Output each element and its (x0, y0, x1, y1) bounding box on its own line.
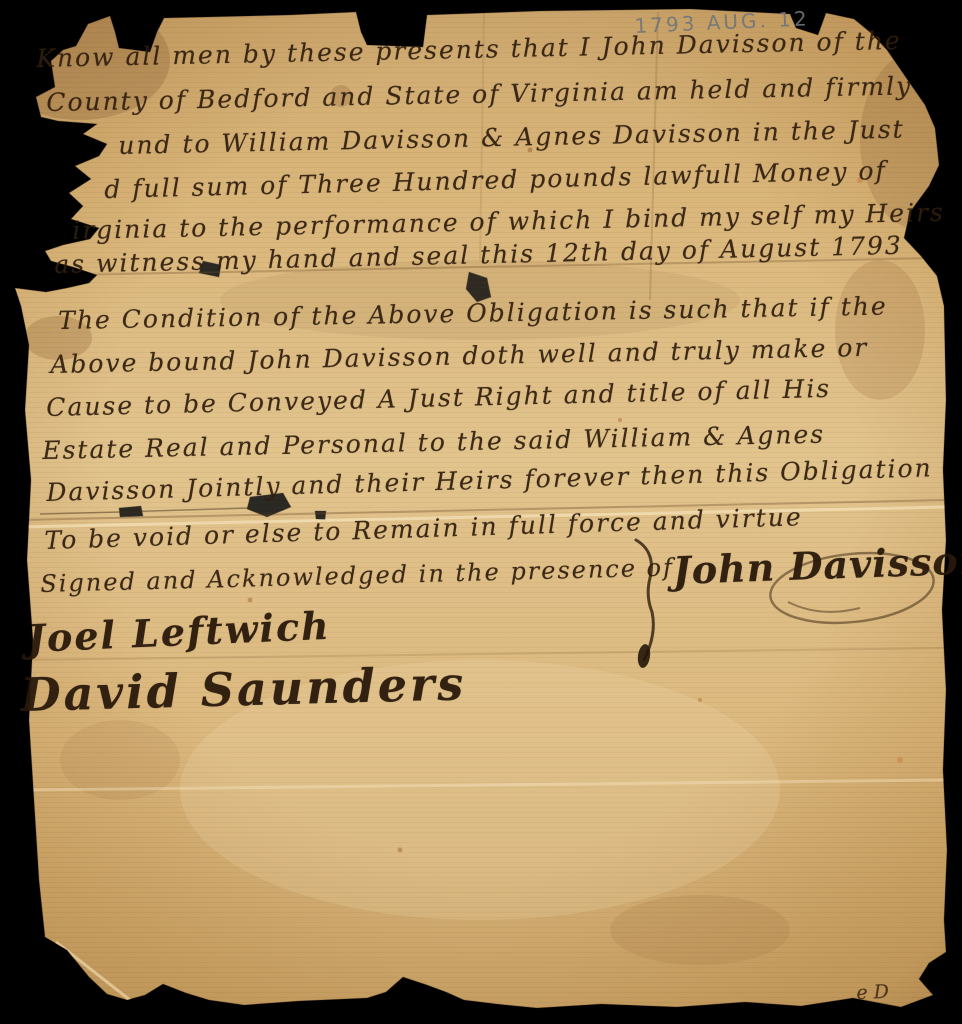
corner-ink-fragment: e D (856, 981, 889, 1004)
document-scan: 1793 AUG. 12 Know all men by these prese… (0, 0, 962, 1024)
